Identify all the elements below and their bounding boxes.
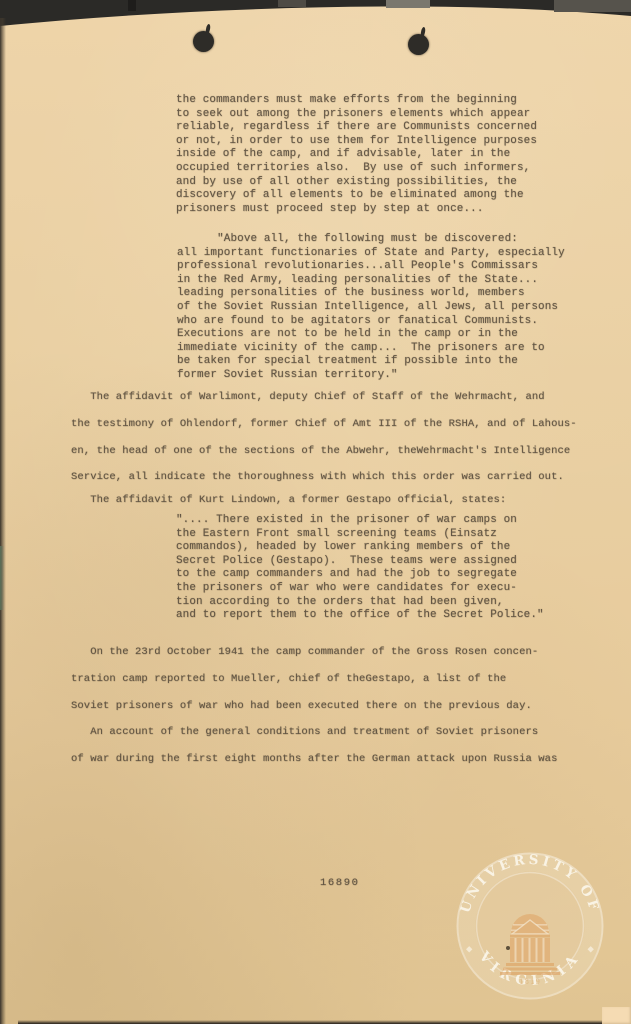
page-bottom-edge-shadow: [18, 1020, 631, 1024]
binder-notch: [128, 0, 136, 11]
scanner-background-strip: [0, 0, 631, 28]
document-page: the commanders must make efforts from th…: [0, 0, 631, 1024]
page-left-edge-shadow: [0, 18, 6, 1024]
seal-top-text: UNIVERSITY OF: [457, 852, 602, 915]
punch-hole-right: [408, 34, 429, 55]
university-of-virginia-seal-watermark: UNIVERSITY OF VIRGINIA 1819: [450, 841, 610, 1013]
typed-quote-block-1: the commanders must make efforts from th…: [176, 94, 537, 216]
typed-paragraph-lindown-intro: The affidavit of Kurt Lindown, a former …: [71, 487, 506, 514]
punch-hole-left: [193, 31, 214, 52]
page-number: 16890: [320, 876, 360, 890]
punch-hole-tear: [420, 27, 426, 38]
seal-year-text: 1819: [519, 978, 541, 986]
seal-diamond-right: [588, 946, 594, 952]
seal-diamond-left: [466, 946, 472, 952]
ink-speck: [506, 946, 510, 950]
seal-top-textpath: UNIVERSITY OF: [457, 852, 602, 915]
typed-paragraph-account: An account of the general conditions and…: [71, 719, 557, 773]
rotunda-icon: 1819: [500, 914, 560, 986]
punch-hole-tear: [205, 24, 211, 35]
seal-bottom-textpath: VIRGINIA: [475, 948, 584, 990]
typed-quote-block-2: "Above all, the following must be discov…: [177, 233, 565, 383]
seal-bottom-text: VIRGINIA: [475, 948, 584, 990]
typed-paragraph-gross-rosen: On the 23rd October 1941 the camp comman…: [71, 639, 538, 719]
page-left-edge-tint: [0, 546, 4, 610]
shelf-gap: [386, 0, 430, 8]
corner-repair-patch: [602, 1007, 631, 1024]
scan-background: { "document": { "quote_block_1": { "line…: [0, 0, 631, 1024]
typed-quote-block-3: ".... There existed in the prisoner of w…: [176, 514, 544, 623]
typed-paragraph-warlimont: The affidavit of Warlimont, deputy Chief…: [71, 384, 577, 491]
